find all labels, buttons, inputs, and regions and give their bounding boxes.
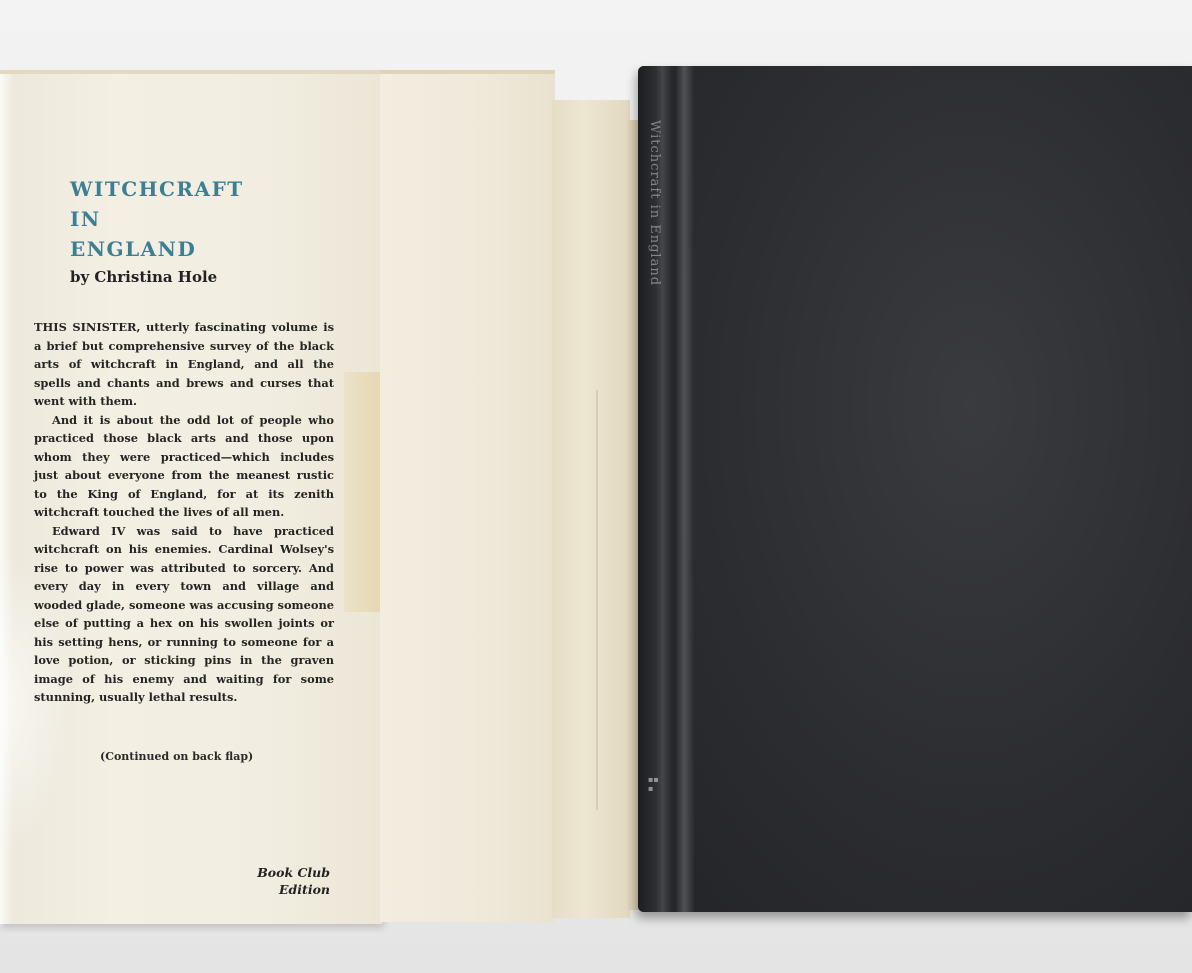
tape-stain [344, 372, 384, 612]
book-title-line-3: ENGLAND [70, 234, 332, 264]
blurb-paragraph: THIS SINISTER, utterly fascinating volum… [34, 318, 334, 411]
book-hinge [676, 66, 694, 912]
dust-jacket-panel [380, 70, 555, 922]
hardcover-book [638, 66, 1192, 912]
blurb-paragraph: Edward IV was said to have practiced wit… [34, 522, 334, 707]
book-author: by Christina Hole [70, 268, 332, 286]
dust-jacket-front-flap: WITCHCRAFT IN ENGLAND by Christina Hole … [0, 70, 382, 924]
blurb-paragraph: And it is about the odd lot of people wh… [34, 411, 334, 522]
edition-line-1: Book Club [250, 864, 330, 881]
book-title-line-1: WITCHCRAFT [70, 174, 332, 204]
jacket-crease [596, 390, 598, 810]
edition-line-2: Edition [250, 881, 330, 898]
spine-imprint-mark: ▪▪▪ [648, 775, 659, 793]
spine-title: Witchcraft in England [640, 120, 662, 500]
dust-jacket-fold [552, 100, 630, 918]
book-photo: WITCHCRAFT IN ENGLAND by Christina Hole … [0, 0, 1192, 973]
edition-label: Book Club Edition [250, 864, 330, 898]
book-title-line-2: IN [70, 204, 332, 234]
continued-note: (Continued on back flap) [100, 750, 253, 763]
flap-title-block: WITCHCRAFT IN ENGLAND by Christina Hole [70, 174, 332, 286]
flap-blurb: THIS SINISTER, utterly fascinating volum… [34, 318, 334, 707]
